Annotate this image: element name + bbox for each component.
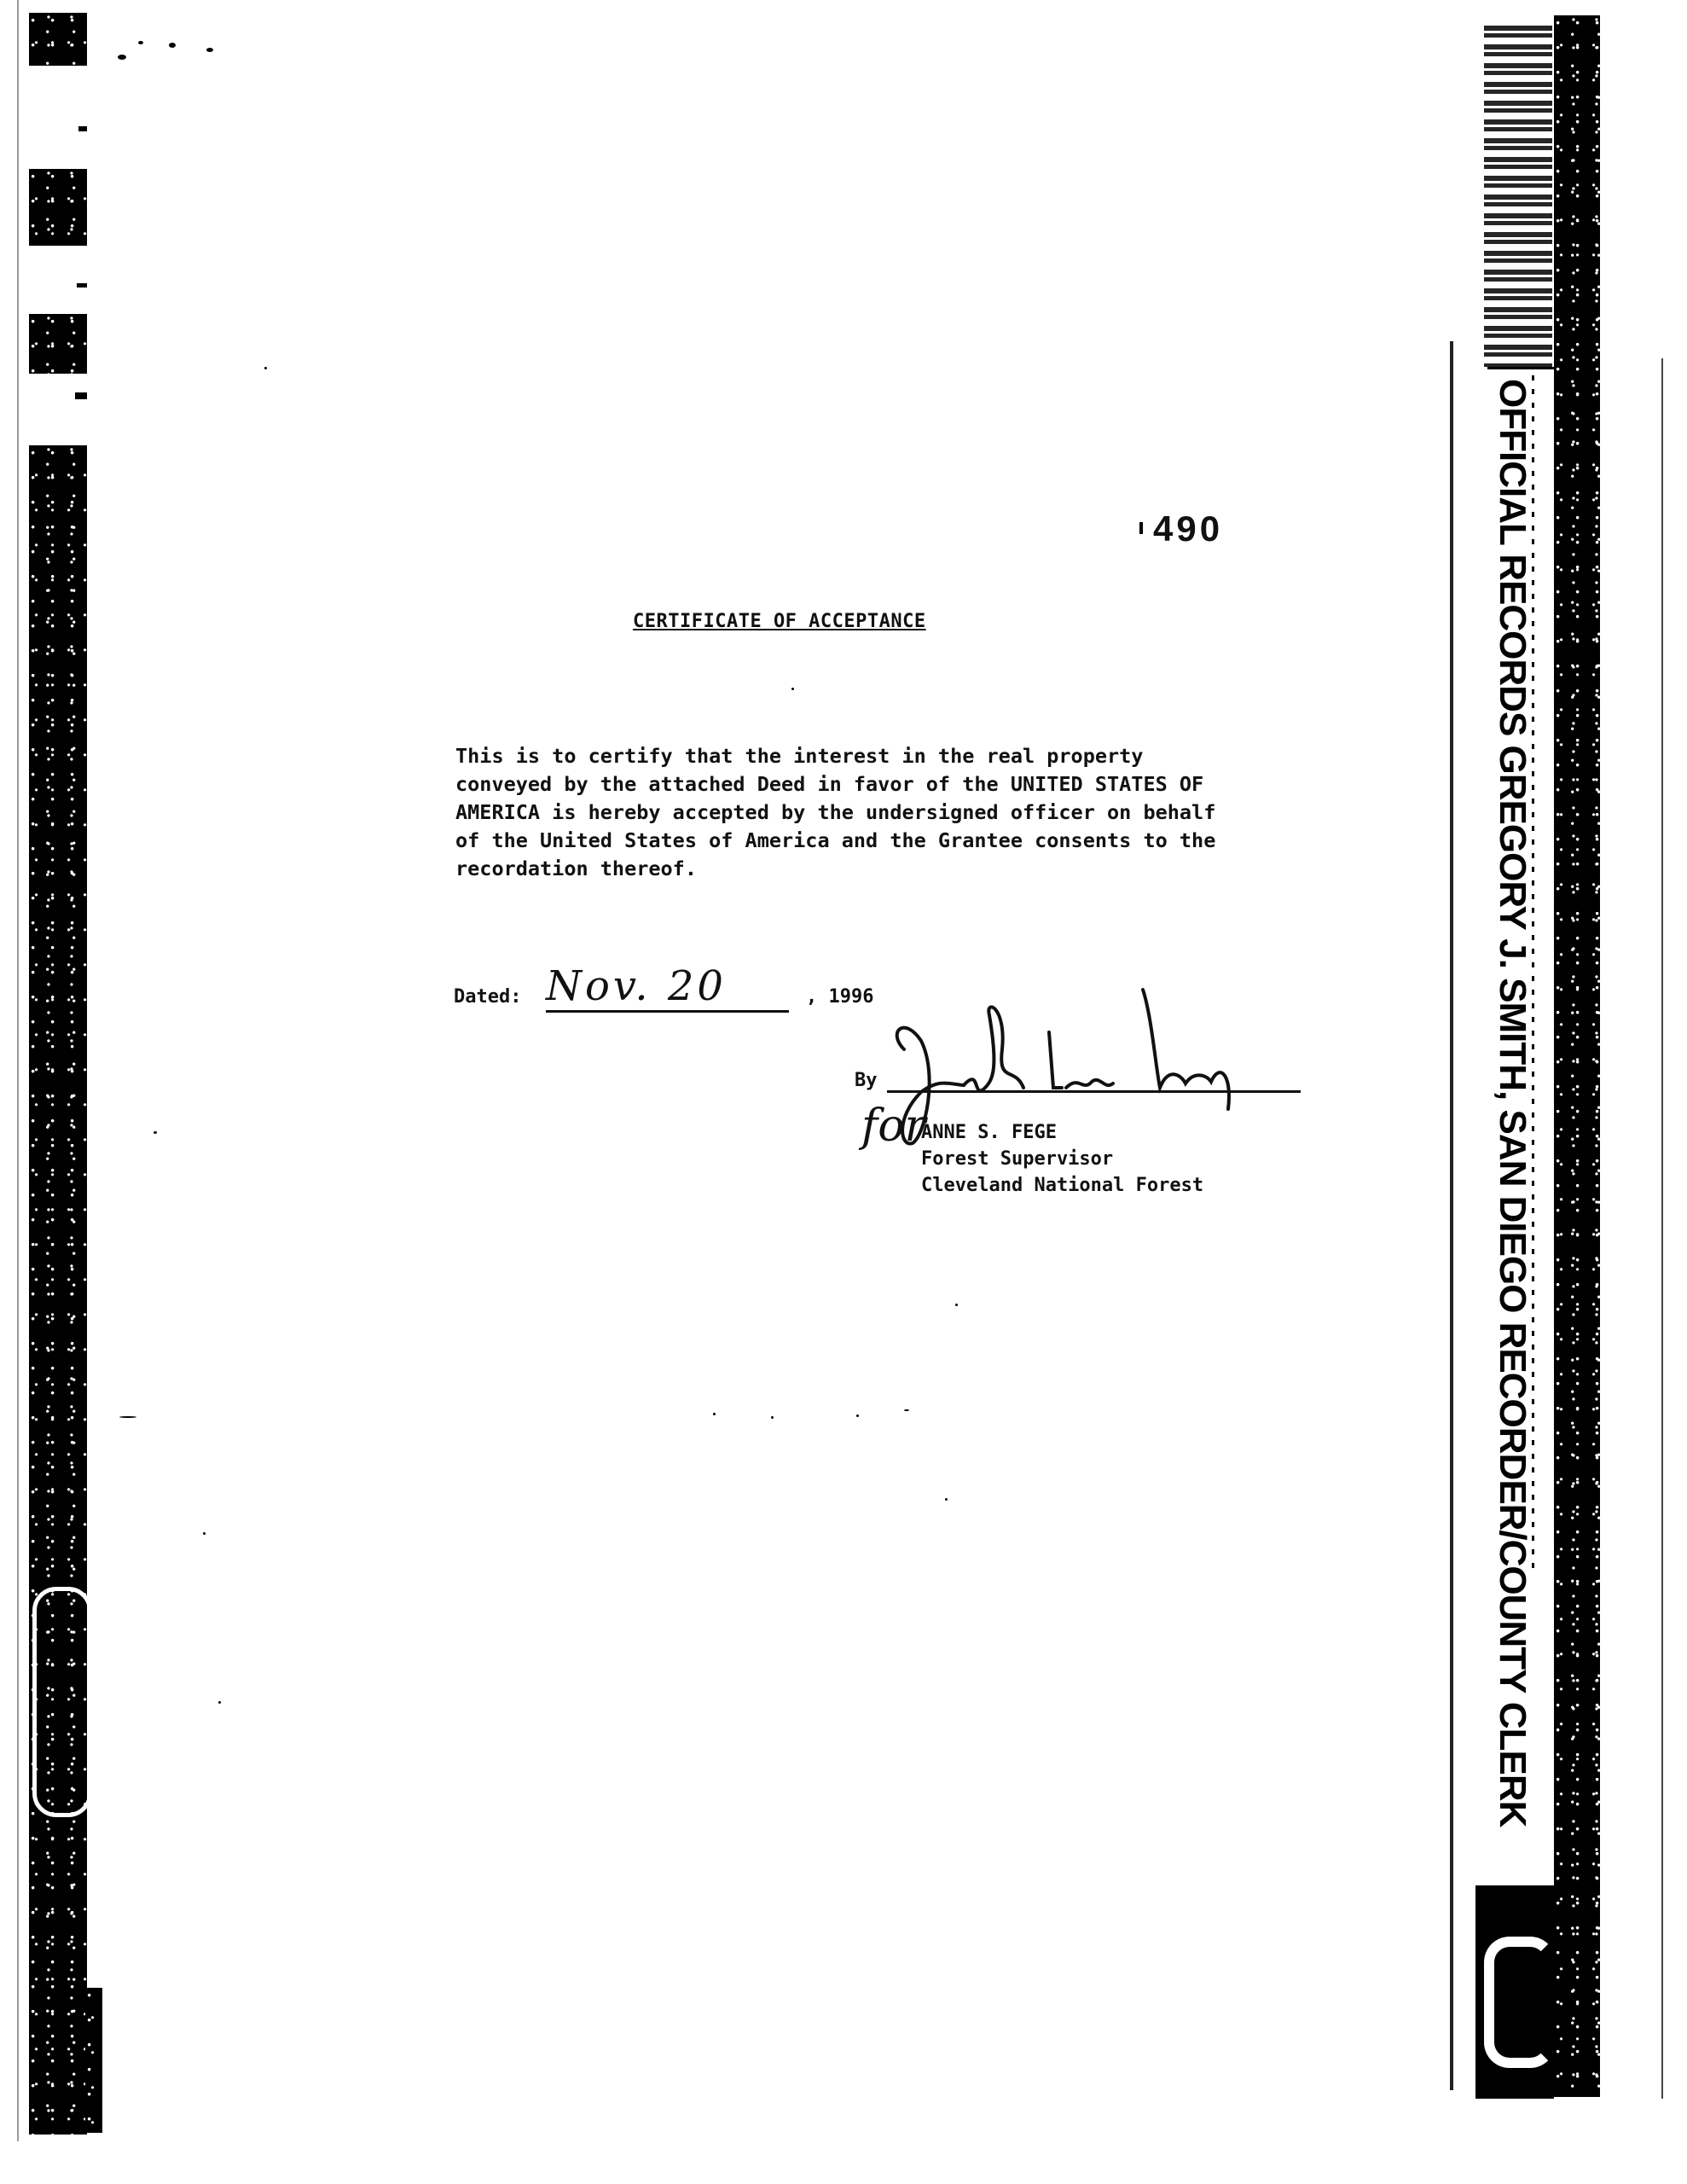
signer-name: ANNE S. FEGE <box>921 1119 1203 1146</box>
stamp-border-left <box>1450 341 1453 2090</box>
page-number-tick <box>1139 522 1143 534</box>
scan-speck <box>856 1414 859 1417</box>
scan-edge-block <box>29 169 87 246</box>
scan-speck <box>119 1416 136 1418</box>
scan-speck <box>713 1413 716 1415</box>
page-number: 490 <box>1153 508 1223 549</box>
by-label: By <box>855 1070 878 1091</box>
certification-body: This is to certify that the interest in … <box>455 742 1317 883</box>
scan-speck <box>203 1532 206 1535</box>
scan-edge-block <box>29 445 87 2135</box>
binder-hole <box>32 1587 92 1817</box>
recorder-stamp-text: OFFICIAL RECORDS GREGORY J. SMITH, SAN D… <box>1491 379 1533 1827</box>
scan-speck <box>169 43 176 48</box>
scan-edge-block <box>29 13 87 66</box>
stamp-band <box>1484 26 1552 367</box>
signer-block: ANNE S. FEGE Forest Supervisor Cleveland… <box>921 1119 1203 1199</box>
handwritten-for-mark: for <box>861 1101 925 1152</box>
scan-speck <box>771 1416 774 1419</box>
signer-title: Forest Supervisor <box>921 1146 1203 1172</box>
dated-label: Dated: <box>454 986 521 1008</box>
scan-edge-block <box>85 1988 102 2133</box>
scan-speck <box>154 1131 157 1134</box>
scan-speck <box>904 1409 909 1411</box>
scan-mark <box>78 126 87 131</box>
signer-organization: Cleveland National Forest <box>921 1172 1203 1199</box>
scan-mark <box>77 283 87 288</box>
scan-speck <box>791 688 794 690</box>
scan-edge-line <box>1661 358 1663 2099</box>
scan-edge-block <box>29 314 87 374</box>
scan-speck <box>118 55 126 60</box>
scan-speck <box>955 1304 958 1306</box>
dated-year: , 1996 <box>806 986 873 1008</box>
document-title: CERTIFICATE OF ACCEPTANCE <box>633 611 926 632</box>
scan-mark <box>75 392 87 399</box>
stamp-bottom-glyph <box>1484 1937 1556 2068</box>
scan-edge-line <box>17 0 19 2141</box>
scan-speck <box>264 367 267 369</box>
handwritten-date: Nov. 20 <box>546 962 727 1010</box>
date-line <box>546 1010 789 1013</box>
scan-speck <box>206 48 213 52</box>
stamp-box <box>1487 367 1556 369</box>
scan-edge-block <box>1554 15 1600 2097</box>
scan-speck <box>138 41 143 44</box>
scan-speck <box>218 1701 221 1704</box>
scan-speck <box>945 1498 948 1501</box>
